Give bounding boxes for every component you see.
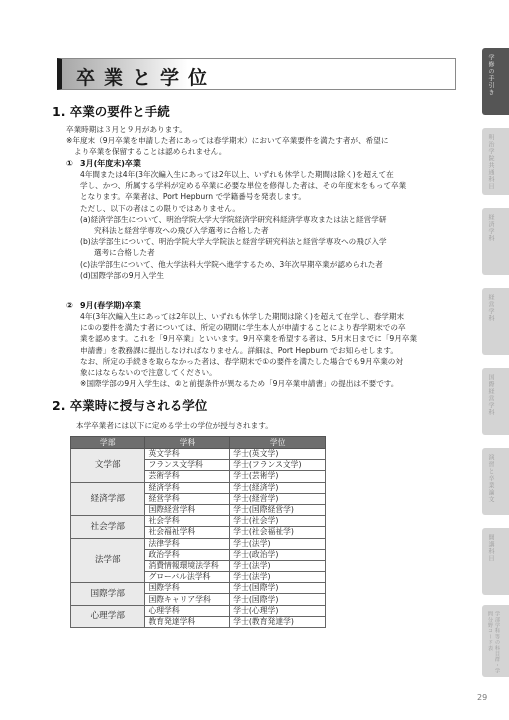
side-tab-label: 学部学科等の科目群・学問分野コード表: [486, 611, 500, 677]
department-cell: 英文学科: [145, 449, 230, 460]
header-faculty: 学部: [71, 437, 145, 449]
section2-heading: 2. 卒業時に授与される学位: [52, 396, 207, 414]
degree-cell: 学士(教育発達学): [230, 616, 326, 627]
header-degree: 学位: [230, 437, 326, 449]
side-tab-seminar-thesis[interactable]: 演習と卒業論文: [482, 448, 509, 515]
section2-intro: 本学卒業者には以下に定める学士の学位が授与されます。: [76, 420, 472, 431]
exception-d: (d)国際学部の9月入学生: [80, 270, 460, 281]
body-line: ※国際学部の9月入学生は、②と前提条件が異なるため「9月卒業申請書」の提出は不要…: [80, 378, 460, 389]
page-title-box: 卒業と学位: [57, 58, 456, 90]
degree-table: 学部 学科 学位 文学部 英文学科 学士(英文学) フランス文学科 学士(フラン…: [70, 436, 326, 628]
degree-cell: 学士(経済学): [230, 482, 326, 493]
degree-cell: 学士(経営学): [230, 493, 326, 504]
exception-b: (b)法学部生について、明治学院大学大学院法と経営学研究科法と経営学専攻への飛び…: [80, 236, 460, 247]
page-number: 29: [477, 693, 487, 702]
department-cell: 国際経営学科: [145, 504, 230, 515]
body-line: となります。卒業者は、Port Hepburn で学籍番号を発表します。: [80, 191, 460, 202]
department-cell: 社会学科: [145, 516, 230, 527]
body-line: 4年間または4年(3年次編入生にあっては2年以上、いずれも休学した期間は除く)を…: [80, 169, 460, 180]
side-tab-code-table[interactable]: 学部学科等の科目群・学問分野コード表: [482, 605, 509, 677]
department-cell: 教育発達学科: [145, 616, 230, 627]
side-tab-economics[interactable]: 経済学科: [482, 208, 509, 275]
intro-line: 本学卒業者には以下に定める学士の学位が授与されます。: [76, 420, 472, 431]
degree-cell: 学士(国際学): [230, 594, 326, 605]
exception-a: (a)経済学部生について、明治学院大学大学院経済学研究科経済学専攻または法と経営…: [80, 214, 460, 225]
exception-c: (c)法学部生について、他大学法科大学院へ進学するため、3年次早期卒業が認められ…: [80, 259, 460, 270]
department-cell: 心理学科: [145, 605, 230, 616]
department-cell: 国際キャリア学科: [145, 594, 230, 605]
degree-cell: 学士(芸術学): [230, 471, 326, 482]
exception-b-cont: 選考に合格した者: [80, 247, 460, 258]
side-tab-label: 学修の手引き: [486, 54, 494, 96]
sub2-heading: ②9月(春学期)卒業: [66, 300, 141, 311]
side-tab-label: 開講科目: [486, 534, 494, 562]
faculty-cell: 社会学部: [71, 516, 145, 538]
side-tab-courses-offered[interactable]: 開講科目: [482, 528, 509, 595]
body-line: に①の要件を満たす者については、所定の期間に学生本人が申請することにより春学期末…: [80, 322, 460, 333]
degree-cell: 学士(政治学): [230, 549, 326, 560]
sub1-number: ①: [66, 159, 80, 168]
degree-cell: 学士(法学): [230, 560, 326, 571]
table-row: 文学部 英文学科 学士(英文学): [71, 449, 326, 460]
table-row: 心理学部 心理学科 学士(心理学): [71, 605, 326, 616]
section1-heading: 1. 卒業の要件と手続: [52, 102, 170, 120]
table-header-row: 学部 学科 学位: [71, 437, 326, 449]
degree-cell: 学士(社会学): [230, 516, 326, 527]
department-cell: 法律学科: [145, 538, 230, 549]
faculty-cell: 法学部: [71, 538, 145, 583]
department-cell: フランス文学科: [145, 460, 230, 471]
sub1-body: 4年間または4年(3年次編入生にあっては2年以上、いずれも休学した期間は除く)を…: [80, 169, 460, 281]
side-tab-label: 国際経営学科: [486, 374, 494, 416]
page-title: 卒業と学位: [76, 63, 216, 90]
body-line: 学し、かつ、所属する学科が定める卒業に必要な単位を修得した者は、その年度末をもっ…: [80, 180, 460, 191]
table-row: 社会学部 社会学科 学士(社会学): [71, 516, 326, 527]
side-tab-label: 明治学院共通科目: [486, 134, 494, 190]
header-department: 学科: [145, 437, 230, 449]
department-cell: 芸術学科: [145, 471, 230, 482]
side-tab-label: 経済学科: [486, 214, 494, 242]
body-line: 業を認めます。これを「9月卒業」といいます。9月卒業を希望する者は、5月末日まで…: [80, 333, 460, 344]
department-cell: グローバル法学科: [145, 572, 230, 583]
body-line: なお、所定の手続きを取らなかった者は、春学期末で①の要件を満たした場合でも9月卒…: [80, 356, 460, 367]
faculty-cell: 経済学部: [71, 482, 145, 516]
body-line: 4年(3年次編入生にあっては2年以上、いずれも休学した期間は除く)を超えて在学し…: [80, 311, 460, 322]
intro-line: 卒業時期は３月と９月があります。: [66, 124, 462, 135]
degree-cell: 学士(英文学): [230, 449, 326, 460]
body-line: ただし、以下の者はこの限りではありません。: [80, 203, 460, 214]
sub2-body: 4年(3年次編入生にあっては2年以上、いずれも休学した期間は除く)を超えて在学し…: [80, 311, 460, 389]
section1-intro: 卒業時期は３月と９月があります。 ※年度末（9月卒業を申請した者にあっては春学期…: [66, 124, 462, 158]
degree-cell: 学士(心理学): [230, 605, 326, 616]
side-tab-label: 演習と卒業論文: [486, 454, 494, 503]
side-tab-label: 経営学科: [486, 294, 494, 322]
body-line: 申請書」を教務課に提出しなければなりません。詳細は、Port Hepburn で…: [80, 345, 460, 356]
side-tab-business[interactable]: 経営学科: [482, 288, 509, 355]
department-cell: 社会福祉学科: [145, 527, 230, 538]
department-cell: 国際学科: [145, 583, 230, 594]
exception-a-cont: 究科法と経営学専攻への飛び入学選考に合格した者: [80, 225, 460, 236]
degree-cell: 学士(法学): [230, 572, 326, 583]
sub2-title: 9月(春学期)卒業: [80, 301, 141, 310]
table-row: 国際学部 国際学科 学士(国際学): [71, 583, 326, 594]
sub2-number: ②: [66, 301, 80, 310]
department-cell: 経済学科: [145, 482, 230, 493]
degree-cell: 学士(フランス文学): [230, 460, 326, 471]
intro-line: より卒業を保留することは認められません。: [66, 146, 462, 157]
department-cell: 経営学科: [145, 493, 230, 504]
degree-cell: 学士(国際学): [230, 583, 326, 594]
department-cell: 政治学科: [145, 549, 230, 560]
intro-line: ※年度末（9月卒業を申請した者にあっては春学期末）において卒業要件を満たす者が、…: [66, 135, 462, 146]
sub1-title: 3月(年度末)卒業: [80, 159, 141, 168]
sub1-heading: ①3月(年度末)卒業: [66, 158, 141, 169]
faculty-cell: 国際学部: [71, 583, 145, 605]
side-tab-study-guide[interactable]: 学修の手引き: [482, 48, 509, 115]
faculty-cell: 心理学部: [71, 605, 145, 627]
table-row: 法学部 法律学科 学士(法学): [71, 538, 326, 549]
side-tab-intl-business[interactable]: 国際経営学科: [482, 368, 509, 435]
body-line: 象にはならないので注意してください。: [80, 367, 460, 378]
degree-cell: 学士(法学): [230, 538, 326, 549]
faculty-cell: 文学部: [71, 449, 145, 483]
degree-cell: 学士(国際経営学): [230, 504, 326, 515]
table-row: 経済学部 経済学科 学士(経済学): [71, 482, 326, 493]
degree-cell: 学士(社会福祉学): [230, 527, 326, 538]
side-tab-common-courses[interactable]: 明治学院共通科目: [482, 128, 509, 195]
department-cell: 消費情報環境法学科: [145, 560, 230, 571]
